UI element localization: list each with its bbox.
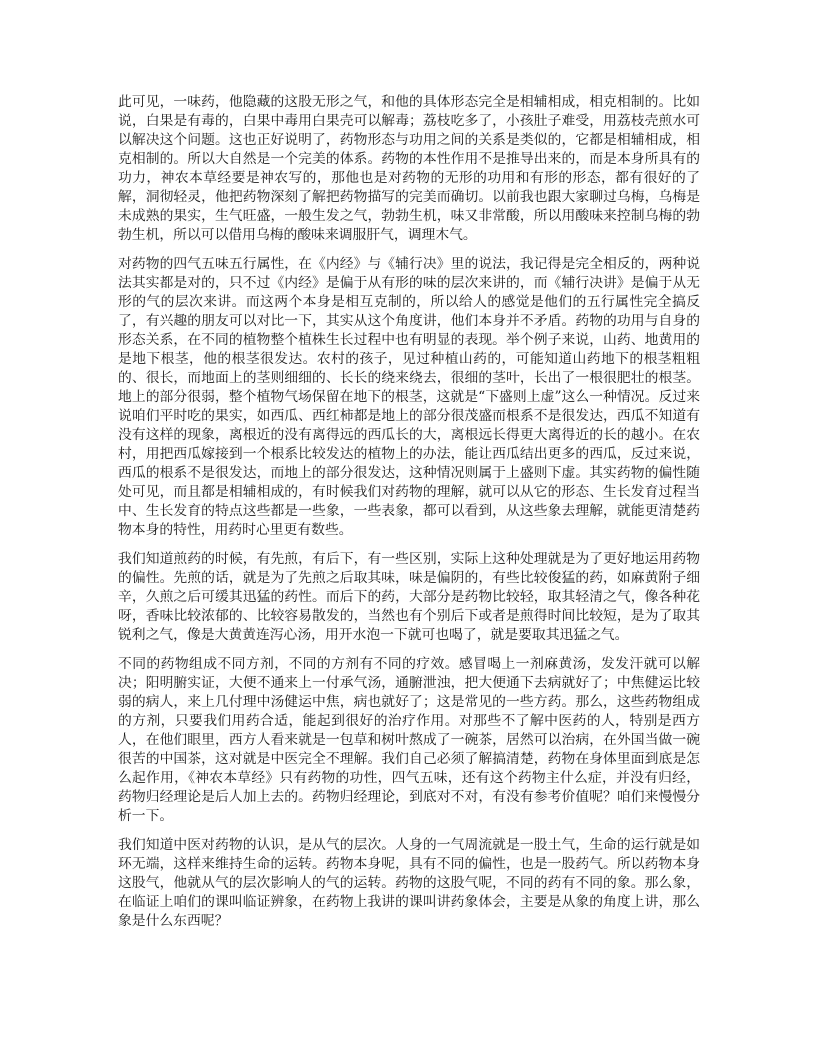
- document-content: 此可见，一味药，他隐藏的这股无形之气，和他的具体形态完全是相辅相成，相克相制的。…: [118, 93, 700, 931]
- paragraph-3: 我们知道煎药的时候，有先煎，有后下，有一些区别，实际上这种处理就是为了更好地运用…: [118, 550, 700, 645]
- paragraph-4: 不同的药物组成不同方剂，不同的方剂有不同的疗效。感冒喝上一剂麻黄汤，发发汗就可以…: [118, 655, 700, 826]
- paragraph-5: 我们知道中医对药物的认识，是从气的层次。人身的一气周流就是一股土气，生命的运行就…: [118, 836, 700, 931]
- paragraph-2: 对药物的四气五味五行属性，在《内经》与《辅行决》里的说法，我记得是完全相反的，两…: [118, 255, 700, 540]
- document-page: 此可见，一味药，他隐藏的这股无形之气，和他的具体形态完全是相辅相成，相克相制的。…: [0, 0, 816, 1056]
- paragraph-1: 此可见，一味药，他隐藏的这股无形之气，和他的具体形态完全是相辅相成，相克相制的。…: [118, 93, 700, 245]
